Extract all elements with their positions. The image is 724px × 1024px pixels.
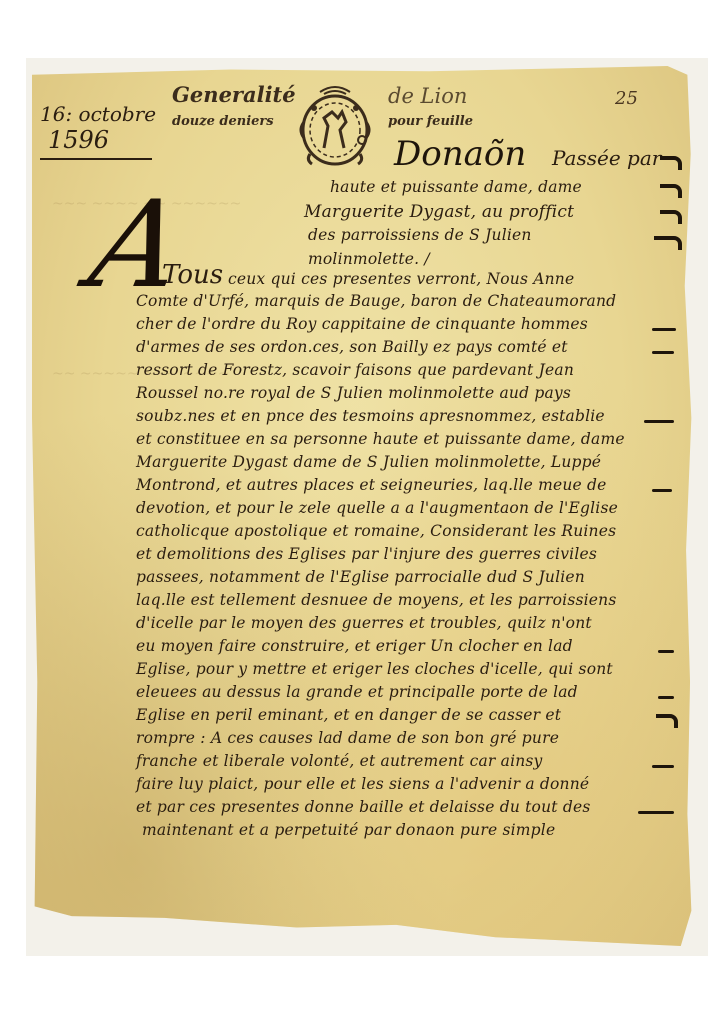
line-filler-dash xyxy=(652,489,672,492)
body-line: rompre : A ces causes lad dame de son bo… xyxy=(136,729,559,747)
body-line: soubz.nes et en pnce des tesmoins apresn… xyxy=(136,407,605,425)
stamp-douze-deniers: douze deniers xyxy=(172,114,274,129)
body-line: devotion, et pour le zele quelle a a l'a… xyxy=(136,499,618,517)
heraldic-lion-seal-icon xyxy=(294,82,376,170)
body-line: cher de l'ordre du Roy cappitaine de cin… xyxy=(136,315,588,333)
heading-line: Marguerite Dygast, au proffict xyxy=(304,202,574,222)
body-line: Eglise en peril eminant, et en danger de… xyxy=(136,706,561,724)
body-line: maintenant et a perpetuité par donaon pu… xyxy=(142,821,555,839)
body-line: Montrond, et autres places et seigneurie… xyxy=(136,476,607,494)
body-line: eleuees au dessus la grande et principal… xyxy=(136,683,578,701)
line-filler-dash xyxy=(638,811,674,814)
margin-date-day-month: 16: octobre xyxy=(40,102,156,126)
line-filler-dash xyxy=(652,765,674,768)
body-line: et constituee en sa personne haute et pu… xyxy=(136,430,625,448)
heading-line: haute et puissante dame, dame xyxy=(330,178,582,196)
body-line: franche et liberale volonté, et autremen… xyxy=(136,752,543,770)
body-line: Comte d'Urfé, marquis de Bauge, baron de… xyxy=(136,292,616,310)
line-filler-dash xyxy=(658,696,674,699)
stamp-pour-feuille: pour feuille xyxy=(388,114,473,129)
body-line: catholicque apostolique et romaine, Cons… xyxy=(136,522,616,540)
manuscript-page: ~~~ ~~~~ ~~ ~~~~~~ ~~ ~~~~~ ~~~ ~~~~ 16:… xyxy=(32,66,694,946)
stamp-de-lion: de Lion xyxy=(388,84,467,108)
body-line: et par ces presentes donne baille et del… xyxy=(136,798,590,816)
body-line: Marguerite Dygast dame de S Julien molin… xyxy=(136,453,601,471)
line-filler-dash xyxy=(644,420,674,423)
body-line: Eglise, pour y mettre et eriger les cloc… xyxy=(136,660,613,678)
line-filler-mark xyxy=(660,210,682,224)
body-line: passees, notamment de l'Eglise parrocial… xyxy=(136,568,585,586)
line-filler-mark xyxy=(660,184,682,198)
line-filler-mark xyxy=(654,236,682,250)
body-line: Roussel no.re royal de S Julien molinmol… xyxy=(136,384,571,402)
body-line: d'armes de ses ordon.ces, son Bailly ez … xyxy=(136,338,568,356)
document-title: Donaõn xyxy=(394,134,526,174)
body-line: ceux qui ces presentes verront, Nous Ann… xyxy=(228,270,574,288)
heading-line: molinmolette. / xyxy=(308,250,430,268)
body-line: laq.lle est tellement desnuee de moyens,… xyxy=(136,591,617,609)
line-filler-dash xyxy=(658,650,674,653)
line-filler-dash xyxy=(652,328,676,331)
body-line: ressort de Forestz, scavoir faisons que … xyxy=(136,361,574,379)
body-line: et demolitions des Eglises par l'injure … xyxy=(136,545,597,563)
initial-word-rest: Tous xyxy=(162,260,223,290)
folio-number: 25 xyxy=(615,88,638,109)
body-line: faire luy plaict, pour elle et les siens… xyxy=(136,775,589,793)
title-continuation: Passée par xyxy=(552,146,661,170)
date-underline xyxy=(40,158,152,160)
body-line: eu moyen faire construire, et eriger Un … xyxy=(136,637,573,655)
line-filler-dash xyxy=(652,351,674,354)
stamp-generalite: Generalité xyxy=(172,82,296,107)
heading-line: des parroissiens de S Julien xyxy=(308,226,532,244)
line-filler-mark xyxy=(656,714,678,728)
body-line: d'icelle par le moyen des guerres et tro… xyxy=(136,614,592,632)
line-filler-mark xyxy=(660,156,682,170)
margin-date-year: 1596 xyxy=(48,126,109,154)
